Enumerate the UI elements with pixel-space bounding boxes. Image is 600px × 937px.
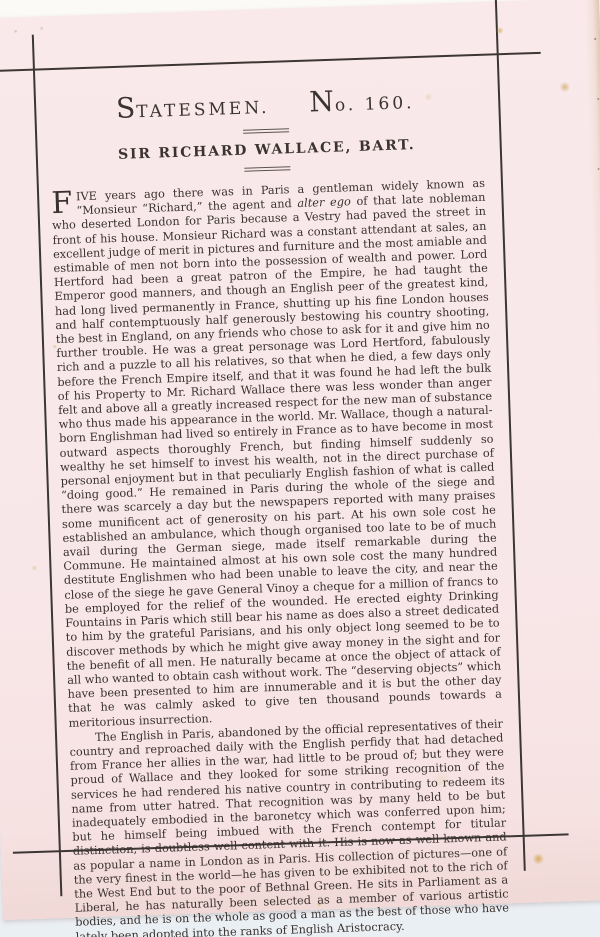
- border-rule-top: [0, 52, 541, 73]
- article-title: SIR RICHARD WALLACE, BART.: [50, 135, 484, 165]
- double-rule-divider: [244, 166, 290, 172]
- series-title: STATESMEN.: [115, 87, 269, 125]
- printed-content: STATESMEN. No. 160. SIR RICHARD WALLACE,…: [48, 80, 510, 937]
- scanned-page: STATESMEN. No. 160. SIR RICHARD WALLACE,…: [0, 0, 600, 937]
- issue-number-rest: o. 160.: [335, 93, 415, 116]
- paragraph: The English in Paris, abandoned by the o…: [69, 717, 510, 937]
- paragraph: FIVE years ago there was in Paris a gent…: [51, 177, 503, 731]
- drop-cap: F: [51, 190, 77, 215]
- text-segment: The English in Paris, abandoned by the o…: [69, 717, 509, 937]
- double-rule-divider: [243, 128, 289, 134]
- paper-edge: [584, 0, 600, 900]
- foxing-spot: [14, 29, 18, 33]
- paper-sheet: STATESMEN. No. 160. SIR RICHARD WALLACE,…: [0, 0, 600, 920]
- article-body: FIVE years ago there was in Paris a gent…: [51, 177, 510, 937]
- foxing-spot: [40, 26, 44, 30]
- series-title-rest: TATESMEN.: [136, 98, 270, 122]
- series-title-initial: S: [115, 91, 136, 125]
- issue-number-initial: N: [309, 85, 336, 119]
- masthead: STATESMEN. No. 160.: [48, 80, 483, 127]
- paper-edge-speckles: [594, 38, 596, 40]
- foxing-spot: [532, 853, 544, 864]
- italic-phrase: alter ego: [297, 195, 351, 210]
- foxing-spot: [560, 81, 570, 93]
- text-segment: of that late nobleman who deserted Londo…: [52, 191, 502, 729]
- issue-number: No. 160.: [309, 82, 415, 118]
- foxing-spot: [31, 565, 37, 571]
